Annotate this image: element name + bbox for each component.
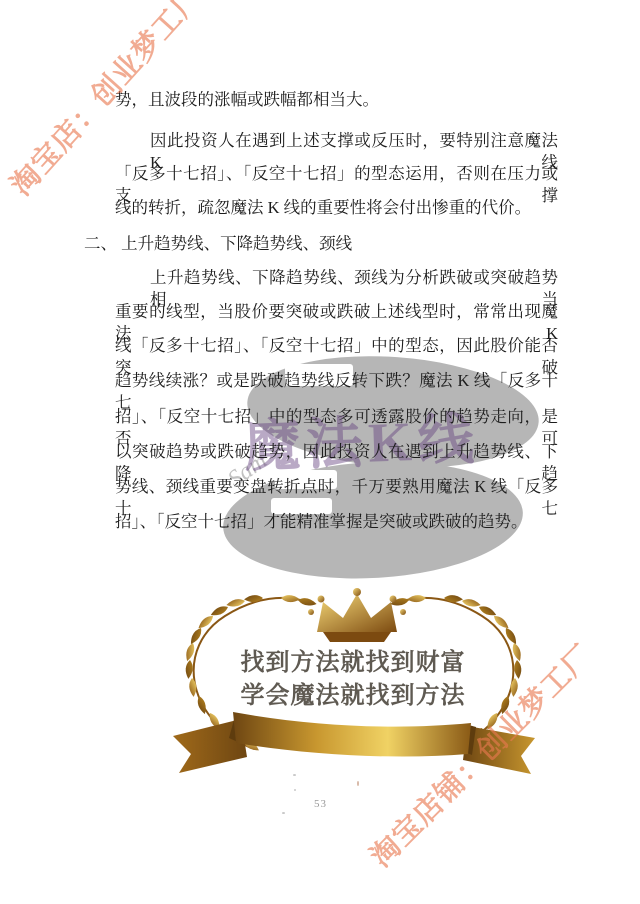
text-line: 上升趋势线、下降趋势线、颈线为分析跌破或突破趋势相当 <box>150 267 558 291</box>
text-line: 线的转折，疏忽魔法 K 线的重要性将会付出惨重的代价。 <box>115 197 558 221</box>
text-line: 势线、颈线重要变盘转折点时，千万要熟用魔法 K 线「反多十七 <box>115 476 558 500</box>
section-heading: 二、 上升趋势线、下降趋势线、颈线 <box>84 233 558 257</box>
page-number: 53 <box>314 798 327 810</box>
seal-motto-line2: 学会魔法就找到方法 <box>241 681 466 709</box>
text-line: 招」、「反空十七招」才能精准掌握是突破或跌破的趋势。 <box>115 511 558 535</box>
text-line: 势，且波段的涨幅或跌幅都相当大。 <box>115 89 558 113</box>
text-line: 招」、「反空十七招」中的型态多可透露股价的趋势走向，是否可 <box>115 406 558 430</box>
text-line: 趋势线续涨？或是跌破趋势线反转下跌？魔法 K 线「反多十七 <box>115 370 558 394</box>
crown-icon <box>308 588 406 642</box>
text-line: 「反多十七招」、「反空十七招」的型态运用，否则在压力或支撑 <box>115 163 558 187</box>
seal-motto-line1: 找到方法就找到财富 <box>241 648 466 676</box>
scan-speckle <box>294 789 296 791</box>
scanned-book-page: Sam 魔法K线 势，且波段的涨幅或跌幅都相当大。因此投资人在遇到上述支撑或反压… <box>0 0 640 904</box>
text-line: 线「反多十七招」、「反空十七招」中的型态，因此股价能否突破 <box>115 335 558 359</box>
text-line: 重要的线型，当股价要突破或跌破上述线型时，常常出现魔法 K <box>115 301 558 325</box>
scan-speckle <box>282 812 285 814</box>
text-line: 因此投资人在遇到上述支撑或反压时，要特别注意魔法 K 线 <box>150 130 558 154</box>
text-line: 以突破趋势或跌破趋势，因此投资人在遇到上升趋势线、下降趋 <box>115 441 558 465</box>
